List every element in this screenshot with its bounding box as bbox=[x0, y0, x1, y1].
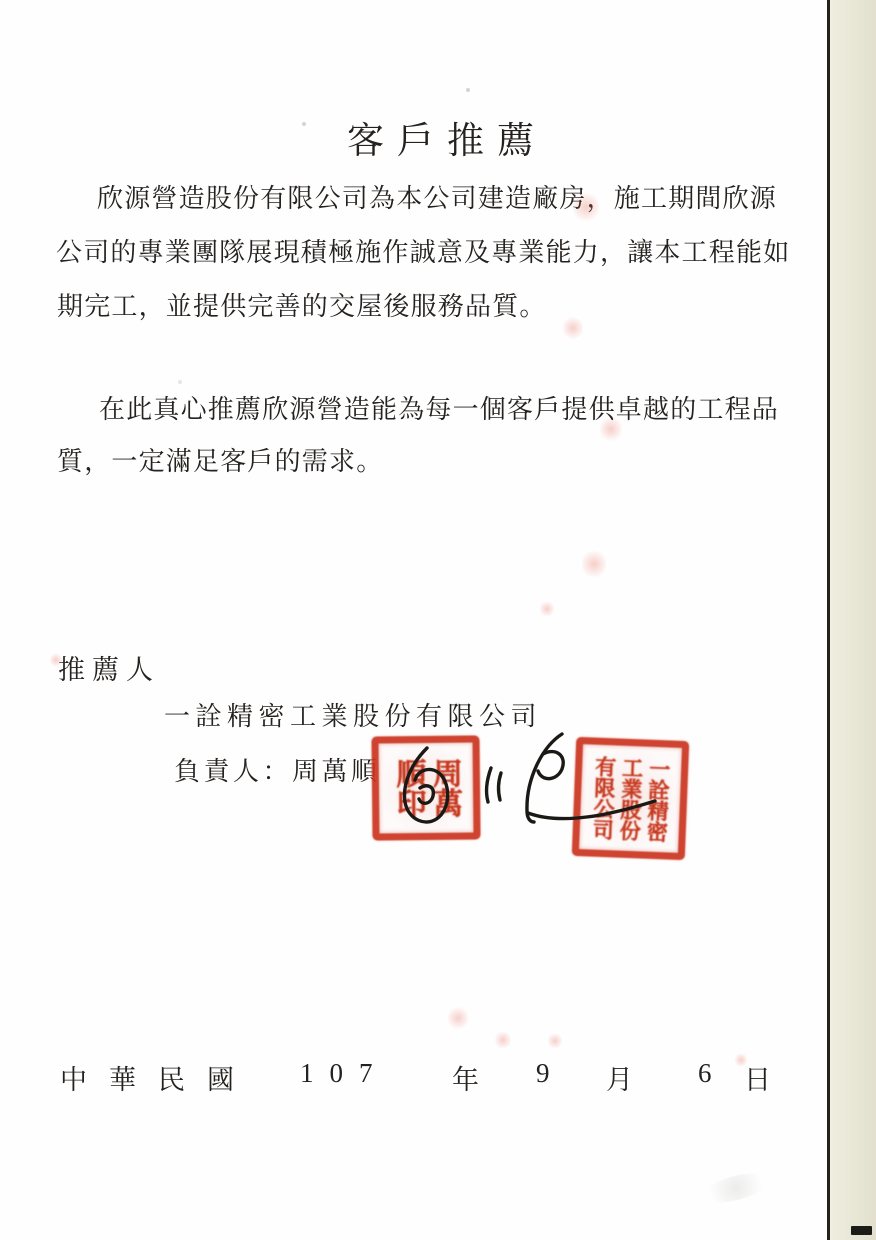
paragraph1-line1: 欣源營造股份有限公司為本公司建造廠房，施工期間欣源 bbox=[97, 178, 777, 215]
page-title: 客戶推薦 bbox=[347, 110, 547, 164]
recommender-label: 推薦人 bbox=[58, 648, 160, 687]
ink-bleed-smudge bbox=[540, 600, 554, 618]
scan-smudge bbox=[698, 1167, 774, 1209]
date-month: 9 bbox=[536, 1058, 550, 1089]
date-day-unit: 日 bbox=[744, 1058, 771, 1097]
date-month-unit: 月 bbox=[606, 1058, 633, 1097]
date-day: 6 bbox=[698, 1058, 712, 1089]
representative-line: 負責人：周萬順 bbox=[174, 751, 381, 788]
scan-corner-mark bbox=[851, 1226, 872, 1235]
scanner-edge-strip bbox=[827, 0, 876, 1240]
handwritten-signature bbox=[375, 712, 675, 867]
date-era: 中華民國 bbox=[60, 1058, 256, 1097]
ink-bleed-smudge bbox=[548, 1032, 562, 1050]
paragraph1-line2: 公司的專業團隊展現積極施作誠意及專業能力，讓本工程能如 bbox=[56, 232, 790, 269]
scan-speck bbox=[466, 88, 470, 92]
ink-bleed-smudge bbox=[448, 1005, 468, 1031]
scanned-recommendation-letter: 客戶推薦 欣源營造股份有限公司為本公司建造廠房，施工期間欣源 公司的專業團隊展現… bbox=[0, 0, 876, 1240]
scan-speck bbox=[178, 380, 182, 384]
ink-bleed-smudge bbox=[582, 548, 606, 580]
scan-speck bbox=[302, 122, 306, 126]
ink-bleed-smudge bbox=[563, 315, 583, 341]
paragraph1-line3: 期完工，並提供完善的交屋後服務品質。 bbox=[57, 286, 547, 323]
paragraph2-line2: 質，一定滿足客戶的需求。 bbox=[57, 441, 383, 478]
ink-bleed-smudge bbox=[495, 1030, 511, 1050]
date-year-unit: 年 bbox=[452, 1058, 479, 1097]
date-year: 107 bbox=[300, 1058, 389, 1089]
paragraph2-line1: 在此真心推薦欣源營造能為每一個客戶提供卓越的工程品 bbox=[99, 389, 779, 426]
